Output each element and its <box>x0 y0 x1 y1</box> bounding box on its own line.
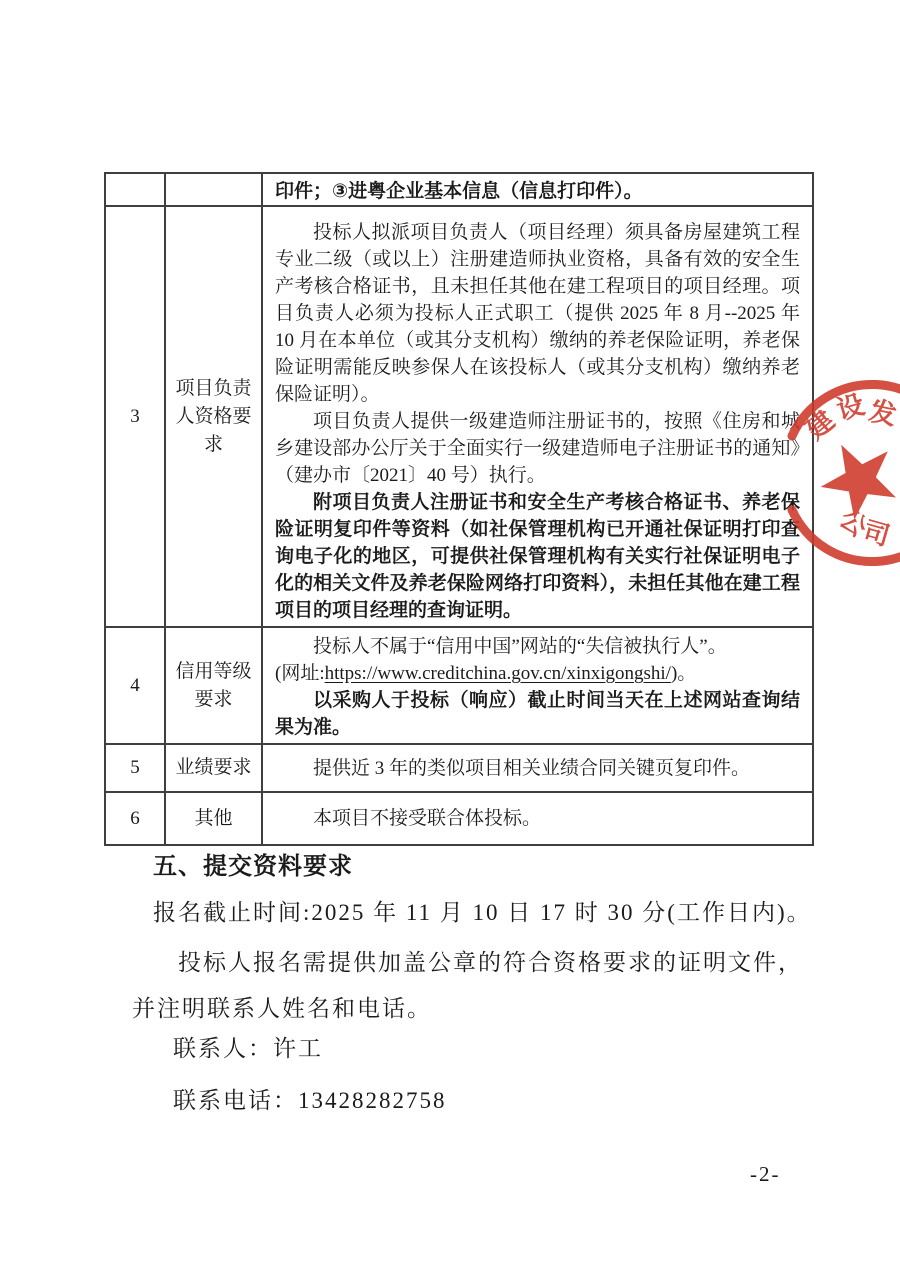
table-row-continuation: 印件；③进粤企业基本信息（信息打印件）。 <box>105 173 813 206</box>
section-heading: 五、提交资料要求 <box>153 852 832 882</box>
row-number-cell: 4 <box>105 627 165 744</box>
row-label-cell <box>165 173 262 206</box>
document-page: 印件；③进粤企业基本信息（信息打印件）。 3 项目负责人资格要求 投标人拟派项目… <box>0 0 900 1271</box>
table-row-credit-rating: 4 信用等级要求 投标人不属于“信用中国”网站的“失信被执行人”。 (网址:ht… <box>105 627 813 744</box>
row-content-cell: 印件；③进粤企业基本信息（信息打印件）。 <box>262 173 813 206</box>
seal-char: 设 <box>833 389 867 425</box>
row-content-cell: 提供近 3 年的类似项目相关业绩合同关键页复印件。 <box>262 744 813 792</box>
row-label-cell: 项目负责人资格要求 <box>165 206 262 627</box>
row-number-cell: 6 <box>105 792 165 845</box>
paragraph-bold: 附项目负责人注册证书和安全生产考核合格证书、养老保险证明复印件等资料（如社保管理… <box>275 489 800 624</box>
requirement-text: 投标人报名需提供加盖公章的符合资格要求的证明文件， 并注明联系人姓名和电话。 <box>132 940 832 1032</box>
paragraph-url: (网址:https://www.creditchina.gov.cn/xinxi… <box>275 660 800 687</box>
contact-name: 联系人：许工 <box>173 1034 832 1064</box>
row-content-cell: 投标人拟派项目负责人（项目经理）须具备房屋建筑工程专业二级（或以上）注册建造师执… <box>262 206 813 627</box>
row-label-cell: 业绩要求 <box>165 744 262 792</box>
table-row-project-leader: 3 项目负责人资格要求 投标人拟派项目负责人（项目经理）须具备房屋建筑工程专业二… <box>105 206 813 627</box>
url-prefix: (网址: <box>275 663 325 684</box>
row-content-cell: 投标人不属于“信用中国”网站的“失信被执行人”。 (网址:https://www… <box>262 627 813 744</box>
url-suffix: )。 <box>671 663 696 684</box>
seal-char: 发 <box>867 395 900 431</box>
table-row-performance: 5 业绩要求 提供近 3 年的类似项目相关业绩合同关键页复印件。 <box>105 744 813 792</box>
row-content-cell: 本项目不接受联合体投标。 <box>262 792 813 845</box>
page-number: -2- <box>750 1162 781 1187</box>
creditchina-url: https://www.creditchina.gov.cn/xinxigong… <box>325 663 671 684</box>
row-label-cell: 信用等级要求 <box>165 627 262 744</box>
paragraph: 本项目不接受联合体投标。 <box>275 805 800 832</box>
table-row-other: 6 其他 本项目不接受联合体投标。 <box>105 792 813 845</box>
requirement-line-1: 投标人报名需提供加盖公章的符合资格要求的证明文件， <box>132 940 832 986</box>
requirement-line-2: 并注明联系人姓名和电话。 <box>132 986 832 1032</box>
row-number-cell <box>105 173 165 206</box>
company-seal-stamp: 建 设 发 公 司 <box>782 360 900 572</box>
paragraph: 项目负责人提供一级建造师注册证书的，按照《住房和城乡建设部办公厅关于全面实行一级… <box>275 408 800 489</box>
paragraph: 提供近 3 年的类似项目相关业绩合同关键页复印件。 <box>275 755 800 782</box>
paragraph: 投标人拟派项目负责人（项目经理）须具备房屋建筑工程专业二级（或以上）注册建造师执… <box>275 219 800 408</box>
paragraph: 投标人不属于“信用中国”网站的“失信被执行人”。 <box>275 633 800 660</box>
row-label-cell: 其他 <box>165 792 262 845</box>
row-number-cell: 3 <box>105 206 165 627</box>
row-number-cell: 5 <box>105 744 165 792</box>
paragraph-bold: 以采购人于投标（响应）截止时间当天在上述网站查询结果为准。 <box>275 687 800 741</box>
qualification-requirements-table: 印件；③进粤企业基本信息（信息打印件）。 3 项目负责人资格要求 投标人拟派项目… <box>104 172 814 846</box>
contact-phone: 联系电话：13428282758 <box>173 1086 832 1116</box>
deadline-text: 报名截止时间:2025 年 11 月 10 日 17 时 30 分(工作日内)。 <box>153 898 832 928</box>
submission-requirements-section: 五、提交资料要求 报名截止时间:2025 年 11 月 10 日 17 时 30… <box>132 852 832 1116</box>
